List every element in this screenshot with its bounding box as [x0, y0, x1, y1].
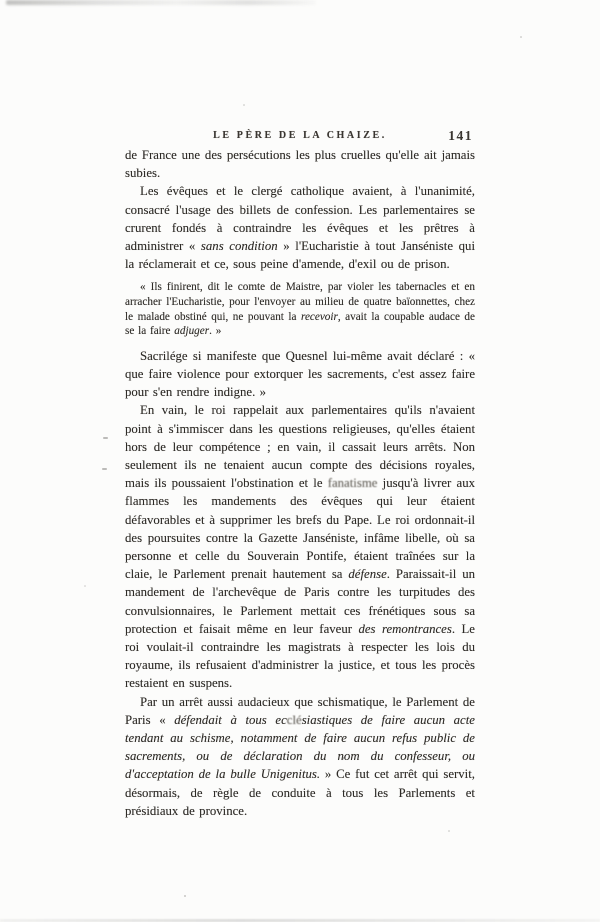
- text-segment-italic: adjuger: [174, 325, 209, 337]
- text-segment-italic: des remontrances: [358, 622, 451, 636]
- scan-smudge-top-edge: [6, 0, 316, 5]
- text-segment-italic: défense: [348, 567, 386, 581]
- scan-margin-tick: [102, 468, 107, 470]
- text-segment: . »: [209, 325, 221, 337]
- paragraph-billets-de-confession: Les évêques et le clergé catholique avai…: [125, 182, 475, 273]
- paragraph-en-vain-le-roi: En vain, le roi rappelait aux parlementa…: [125, 401, 475, 692]
- scan-speck: [243, 104, 245, 106]
- running-head: LE PÈRE DE LA CHAIZE. 141: [125, 128, 475, 144]
- scan-margin-tick: [103, 437, 108, 439]
- text-segment: Sacrilége si manifeste que Quesnel lui-m…: [125, 349, 475, 399]
- text-segment: de France une des persécutions les plus …: [125, 148, 475, 180]
- scanned-book-page: { "page": { "header": { "title": "LE PÈR…: [0, 0, 600, 922]
- page-text: de France une des persécutions les plus …: [125, 146, 475, 820]
- text-segment-italic: recevoir: [301, 311, 338, 323]
- scan-speck: [520, 36, 522, 38]
- scan-speck: [84, 585, 86, 587]
- paragraph-sacrilege-quesnel: Sacrilége si manifeste que Quesnel lui-m…: [125, 347, 475, 402]
- paragraph-persecutions: de France une des persécutions les plus …: [125, 146, 475, 182]
- text-segment: jusqu'à livrer aux flammes les mandement…: [125, 476, 475, 581]
- scan-speck: [184, 895, 186, 897]
- page-scan: LE PÈRE DE LA CHAIZE. 141 de France une …: [0, 0, 600, 922]
- scan-speck: [342, 757, 344, 759]
- text-segment-smudge: fanatisme: [328, 476, 378, 490]
- page-number: 141: [448, 128, 473, 144]
- text-segment-smudge: clé: [287, 713, 302, 727]
- text-segment-italic: défendait à tous ec: [174, 713, 287, 727]
- quote-comte-de-maistre: « Ils finirent, dit le comte de Maistre,…: [125, 280, 475, 338]
- text-segment-italic: sans condition: [201, 239, 278, 253]
- paragraph-arret-schismatique: Par un arrêt aussi audacieux que schisma…: [125, 693, 475, 820]
- running-head-title: LE PÈRE DE LA CHAIZE.: [125, 130, 475, 141]
- scan-speck: [448, 830, 450, 832]
